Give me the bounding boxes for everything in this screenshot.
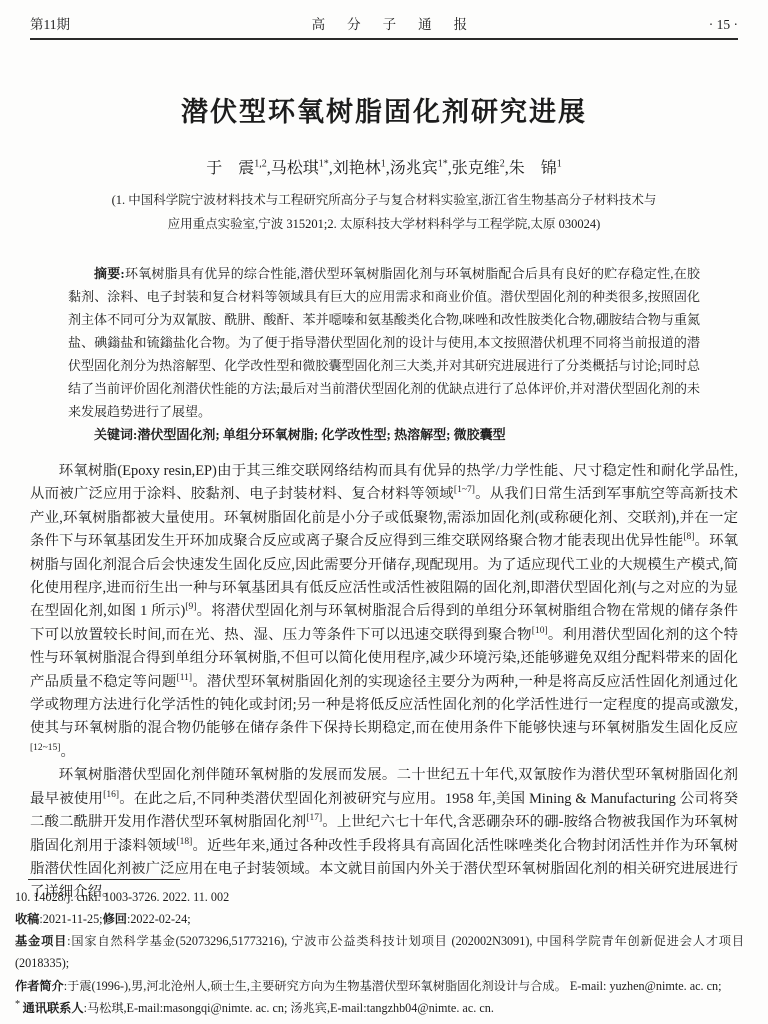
main-text: 环氧树脂(Epoxy resin,EP)由于其三维交联网络结构而具有优异的热学/… [30,460,738,905]
affiliation-line-1: (1. 中国科学院宁波材料技术与工程研究所高分子与复合材料实验室,浙江省生物基高… [0,188,768,212]
affiliation-line-2: 应用重点实验室,宁波 315201;2. 太原科技大学材料科学与工程学院,太原 … [0,212,768,236]
paragraph-1: 环氧树脂(Epoxy resin,EP)由于其三维交联网络结构而具有优异的热学/… [30,460,738,764]
page-header: 第11期 高分子通报 · 15 · [0,0,768,33]
authors-line: 于 震1,2,马松琪1*,刘艳林1,汤兆宾1*,张克维2,朱 锦1 [0,155,768,178]
journal-name: 高分子通报 [312,13,490,33]
funding-line: 基金项目:国家自然科学基金(52073296,51773216), 宁波市公益类… [15,930,744,974]
keywords-line: 关键词:潜伏型固化剂; 单组分环氧树脂; 化学改性型; 热溶解型; 微胶囊型 [68,423,700,446]
issue-number: 第11期 [30,13,70,33]
footnote-rule [28,879,180,880]
doi-line: 10. 14028/j. cnki. 1003-3726. 2022. 11. … [15,886,744,908]
footnote-block: 10. 14028/j. cnki. 1003-3726. 2022. 11. … [15,879,744,1019]
journal-page: 第11期 高分子通报 · 15 · 潜伏型环氧树脂固化剂研究进展 于 震1,2,… [0,0,768,1024]
article-title: 潜伏型环氧树脂固化剂研究进展 [0,90,768,129]
corresponding-author-line: * 通讯联系人:马松琪,E-mail:masongqi@nimte. ac. c… [15,997,744,1019]
abstract-label: 摘要: [94,266,125,281]
abstract-text: 环氧树脂具有优异的综合性能,潜伏型环氧树脂固化剂与环氧树脂配合后具有良好的贮存稳… [68,266,700,419]
abstract: 摘要:环氧树脂具有优异的综合性能,潜伏型环氧树脂固化剂与环氧树脂配合后具有良好的… [68,262,700,423]
header-rule [30,38,738,40]
page-number: · 15 · [709,17,738,33]
author-bio-line: 作者简介:于震(1996-),男,河北沧州人,硕士生,主要研究方向为生物基潜伏型… [15,975,744,997]
received-revised-line: 收稿:2021-11-25;修回:2022-02-24; [15,908,744,930]
